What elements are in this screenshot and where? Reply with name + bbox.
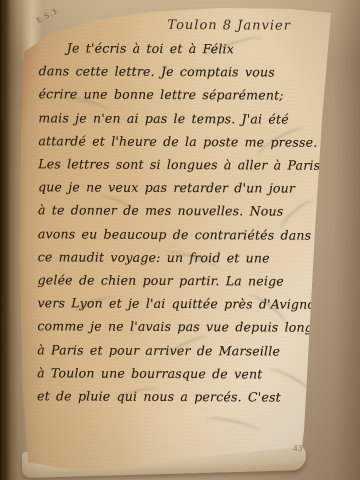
letter-line: que je ne veux pas retarder d'un jour	[14, 175, 348, 200]
letter-line: dans cette lettre. Je comptais vous	[15, 59, 349, 84]
album-page-photo: Toulon 8 Janvier Je t'écris à toi et à F…	[0, 0, 360, 480]
ink-showthrough	[203, 414, 260, 437]
letter-sheet: Toulon 8 Janvier Je t'écris à toi et à F…	[14, 4, 348, 476]
letter-line: écrire une bonne lettre séparément;	[15, 83, 349, 108]
letter-line: gelée de chien pour partir. La neige	[14, 268, 348, 293]
right-edge-shadow	[334, 0, 360, 480]
letter-line: comme je ne l'avais pas vue depuis longt…	[13, 315, 347, 340]
photo-of-manuscript-letter: { "letter": { "kind": "handwritten lette…	[0, 0, 360, 480]
letter-line: ce maudit voyage: un froid et une	[14, 245, 348, 270]
letter-line: Je t'écris à toi et à Félix	[15, 36, 349, 61]
letter-line: mais je n'en ai pas le temps. J'ai été	[14, 106, 348, 131]
letter-line: à Toulon une bourrasque de vent	[13, 361, 347, 386]
letter-line: avons eu beaucoup de contrariétés dans	[14, 222, 348, 247]
letter-line: à Paris et pour arriver de Marseille	[13, 338, 347, 363]
letter-line: vers Lyon et je l'ai quittée près d'Avig…	[13, 291, 347, 316]
letter-line: et de pluie qui nous a percés. C'est	[13, 384, 347, 409]
letter-line: attardé et l'heure de la poste me presse…	[14, 129, 348, 154]
page-number-mark: 43	[293, 444, 303, 453]
letter-line: à te donner de mes nouvelles. Nous	[14, 199, 348, 224]
handwritten-text-block: Toulon 8 Janvier Je t'écris à toi et à F…	[13, 3, 349, 409]
letter-line: Les lettres sont si longues à aller à Pa…	[14, 152, 348, 177]
